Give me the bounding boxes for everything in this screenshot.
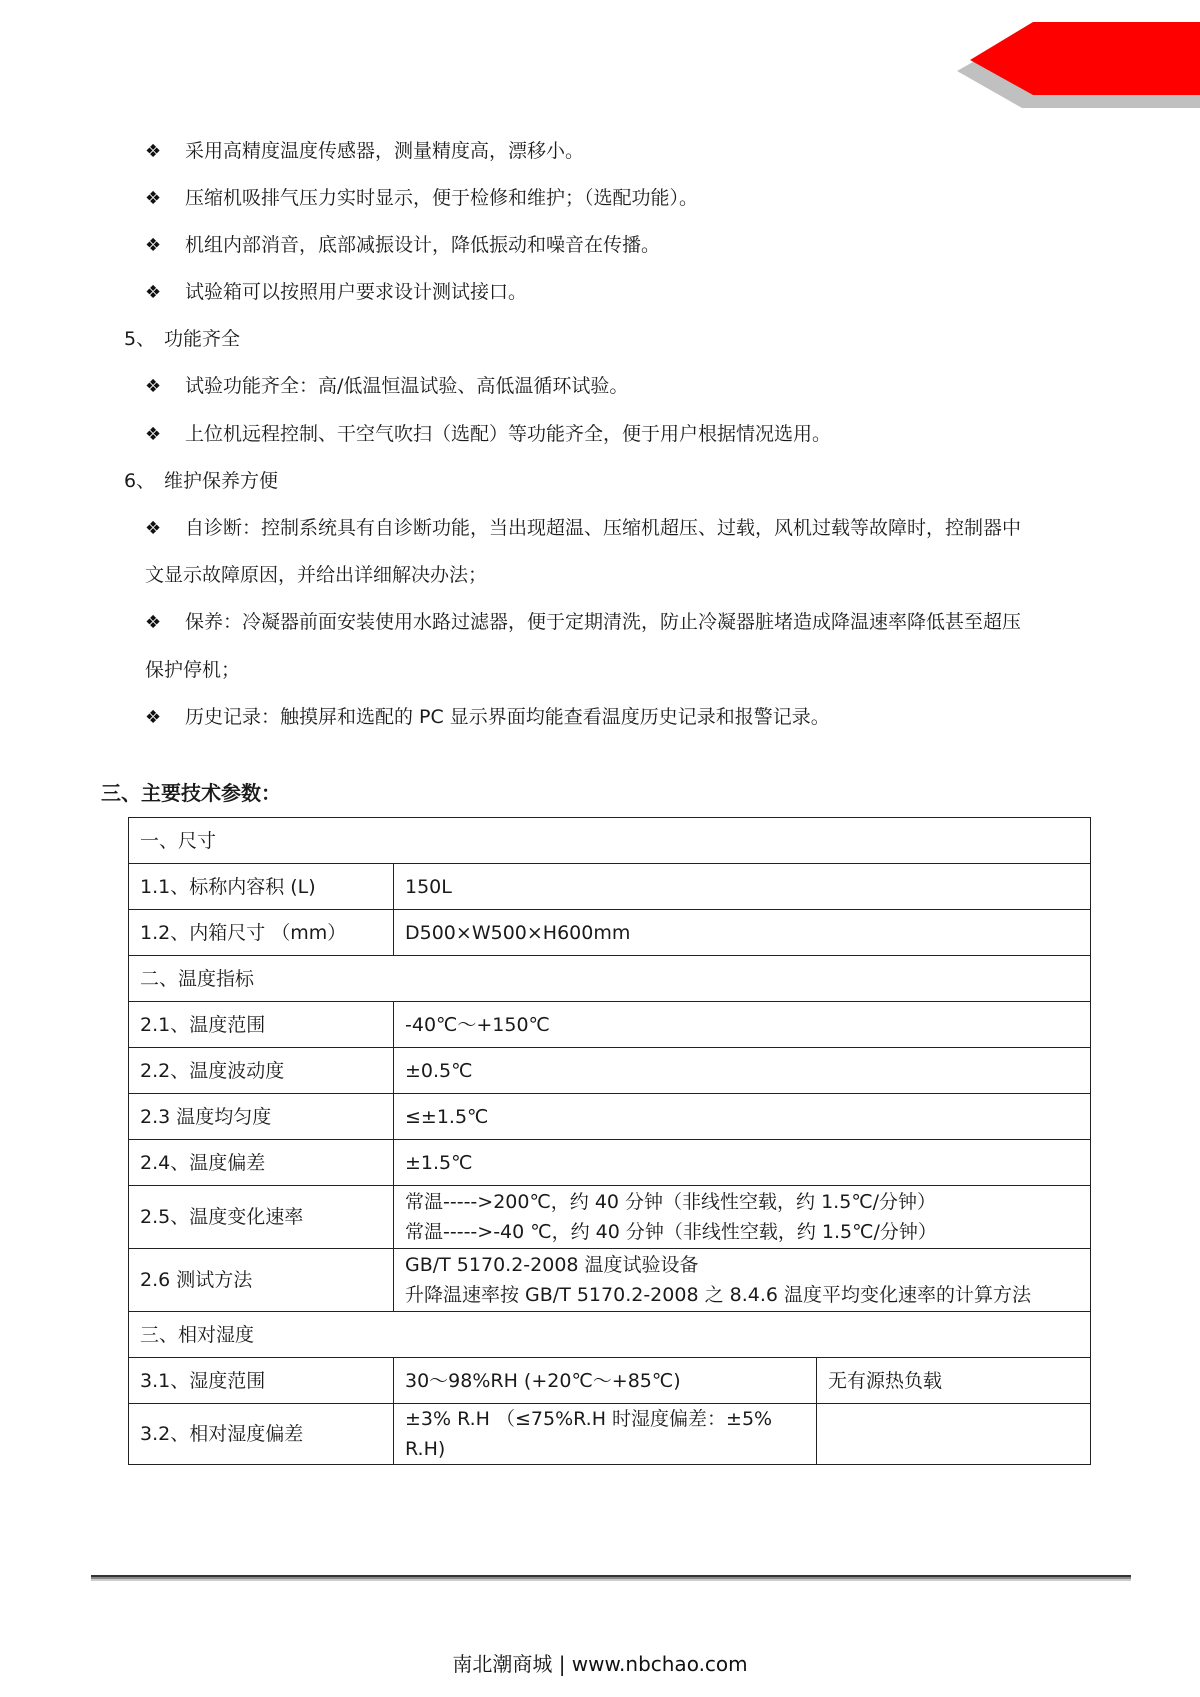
diamond-bullet-icon: ❖ (145, 517, 185, 541)
table-row: 1.2、内箱尺寸 （mm） D500×W500×H600mm (129, 910, 1091, 956)
table-group-heading: 二、温度指标 (129, 956, 1091, 1002)
diamond-bullet-icon: ❖ (145, 611, 185, 635)
diamond-bullet-icon: ❖ (145, 140, 185, 164)
diamond-bullet-icon: ❖ (145, 423, 185, 447)
feature-item: ❖机组内部消音，底部减振设计，降低振动和噪音在传播。 (145, 233, 660, 258)
table-row: 2.6 测试方法 GB/T 5170.2-2008 温度试验设备 升降温速率按 … (129, 1249, 1091, 1312)
footer-divider (91, 1575, 1131, 1581)
diamond-bullet-icon: ❖ (145, 375, 185, 399)
diamond-bullet-icon: ❖ (145, 234, 185, 258)
feature-item: ❖上位机远程控制、干空气吹扫（选配）等功能齐全，便于用户根据情况选用。 (145, 422, 831, 447)
footer-site-label: 南北潮商城 | www.nbchao.com (0, 1648, 1200, 1677)
table-row: 3.2、相对湿度偏差 ±3% R.H （≤75%R.H 时湿度偏差：±5% R.… (129, 1404, 1091, 1465)
specs-table: 一、尺寸 1.1、标称内容积 (L) 150L 1.2、内箱尺寸 （mm） D5… (128, 817, 1091, 1465)
table-row: 2.2、温度波动度 ±0.5℃ (129, 1048, 1091, 1094)
diamond-bullet-icon: ❖ (145, 281, 185, 305)
section-5-heading: 5、功能齐全 (124, 327, 240, 351)
feature-item: ❖采用高精度温度传感器，测量精度高，漂移小。 (145, 139, 584, 164)
feature-item-continuation: 文显示故障原因，并给出详细解决办法； (145, 563, 487, 587)
table-group-heading: 一、尺寸 (129, 818, 1091, 864)
table-group-heading: 三、相对湿度 (129, 1312, 1091, 1358)
feature-item: ❖试验箱可以按照用户要求设计测试接口。 (145, 280, 527, 305)
table-row: 2.3 温度均匀度 ≤±1.5℃ (129, 1094, 1091, 1140)
table-row: 3.1、湿度范围 30～98%RH (+20℃～+85℃) 无有源热负载 (129, 1358, 1091, 1404)
feature-item-continuation: 保护停机； (145, 658, 240, 682)
feature-item: ❖历史记录：触摸屏和选配的 PC 显示界面均能查看温度历史记录和报警记录。 (145, 705, 830, 730)
feature-item: ❖自诊断：控制系统具有自诊断功能，当出现超温、压缩机超压、过载，风机过载等故障时… (145, 516, 1021, 541)
section-6-heading: 6、维护保养方便 (124, 469, 278, 493)
table-row: 2.4、温度偏差 ±1.5℃ (129, 1140, 1091, 1186)
diamond-bullet-icon: ❖ (145, 187, 185, 211)
feature-item: ❖试验功能齐全：高/低温恒温试验、高低温循环试验。 (145, 374, 628, 399)
table-row: 2.5、温度变化速率 常温----->200℃，约 40 分钟（非线性空载，约 … (129, 1186, 1091, 1249)
specs-section-title: 三、主要技术参数： (101, 780, 281, 806)
corner-ribbon-decoration (0, 0, 1200, 120)
diamond-bullet-icon: ❖ (145, 706, 185, 730)
feature-item: ❖压缩机吸排气压力实时显示，便于检修和维护；（选配功能）。 (145, 186, 698, 211)
table-row: 1.1、标称内容积 (L) 150L (129, 864, 1091, 910)
feature-item: ❖保养：冷凝器前面安装使用水路过滤器，便于定期清洗，防止冷凝器脏堵造成降温速率降… (145, 610, 1021, 635)
table-row: 2.1、温度范围 -40℃～+150℃ (129, 1002, 1091, 1048)
